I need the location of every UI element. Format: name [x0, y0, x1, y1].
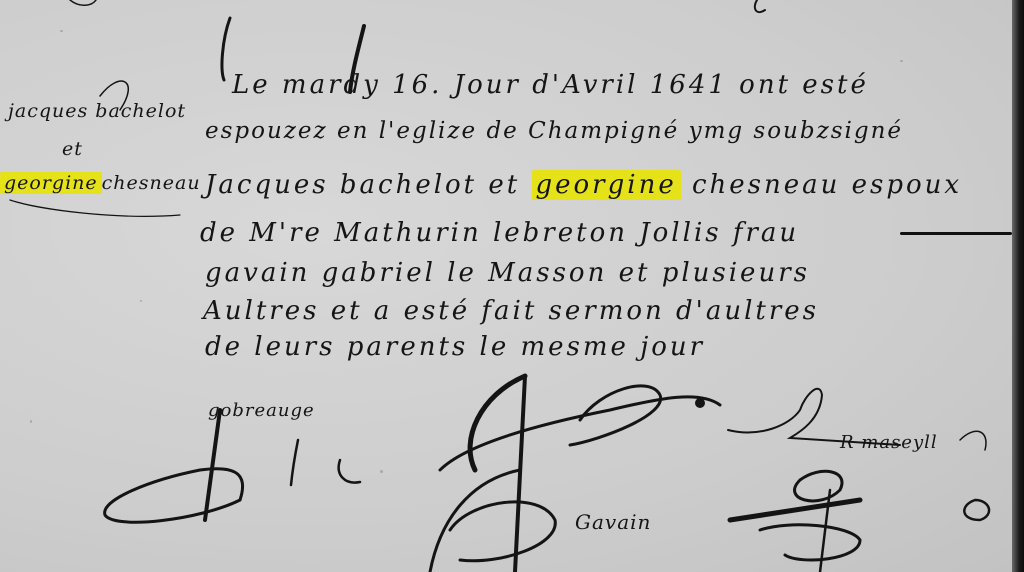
- register-page: jacques bachelot et georginechesneau Le …: [0, 0, 1024, 572]
- handwriting-flourishes: [0, 0, 1024, 572]
- binding-edge: [1012, 0, 1024, 572]
